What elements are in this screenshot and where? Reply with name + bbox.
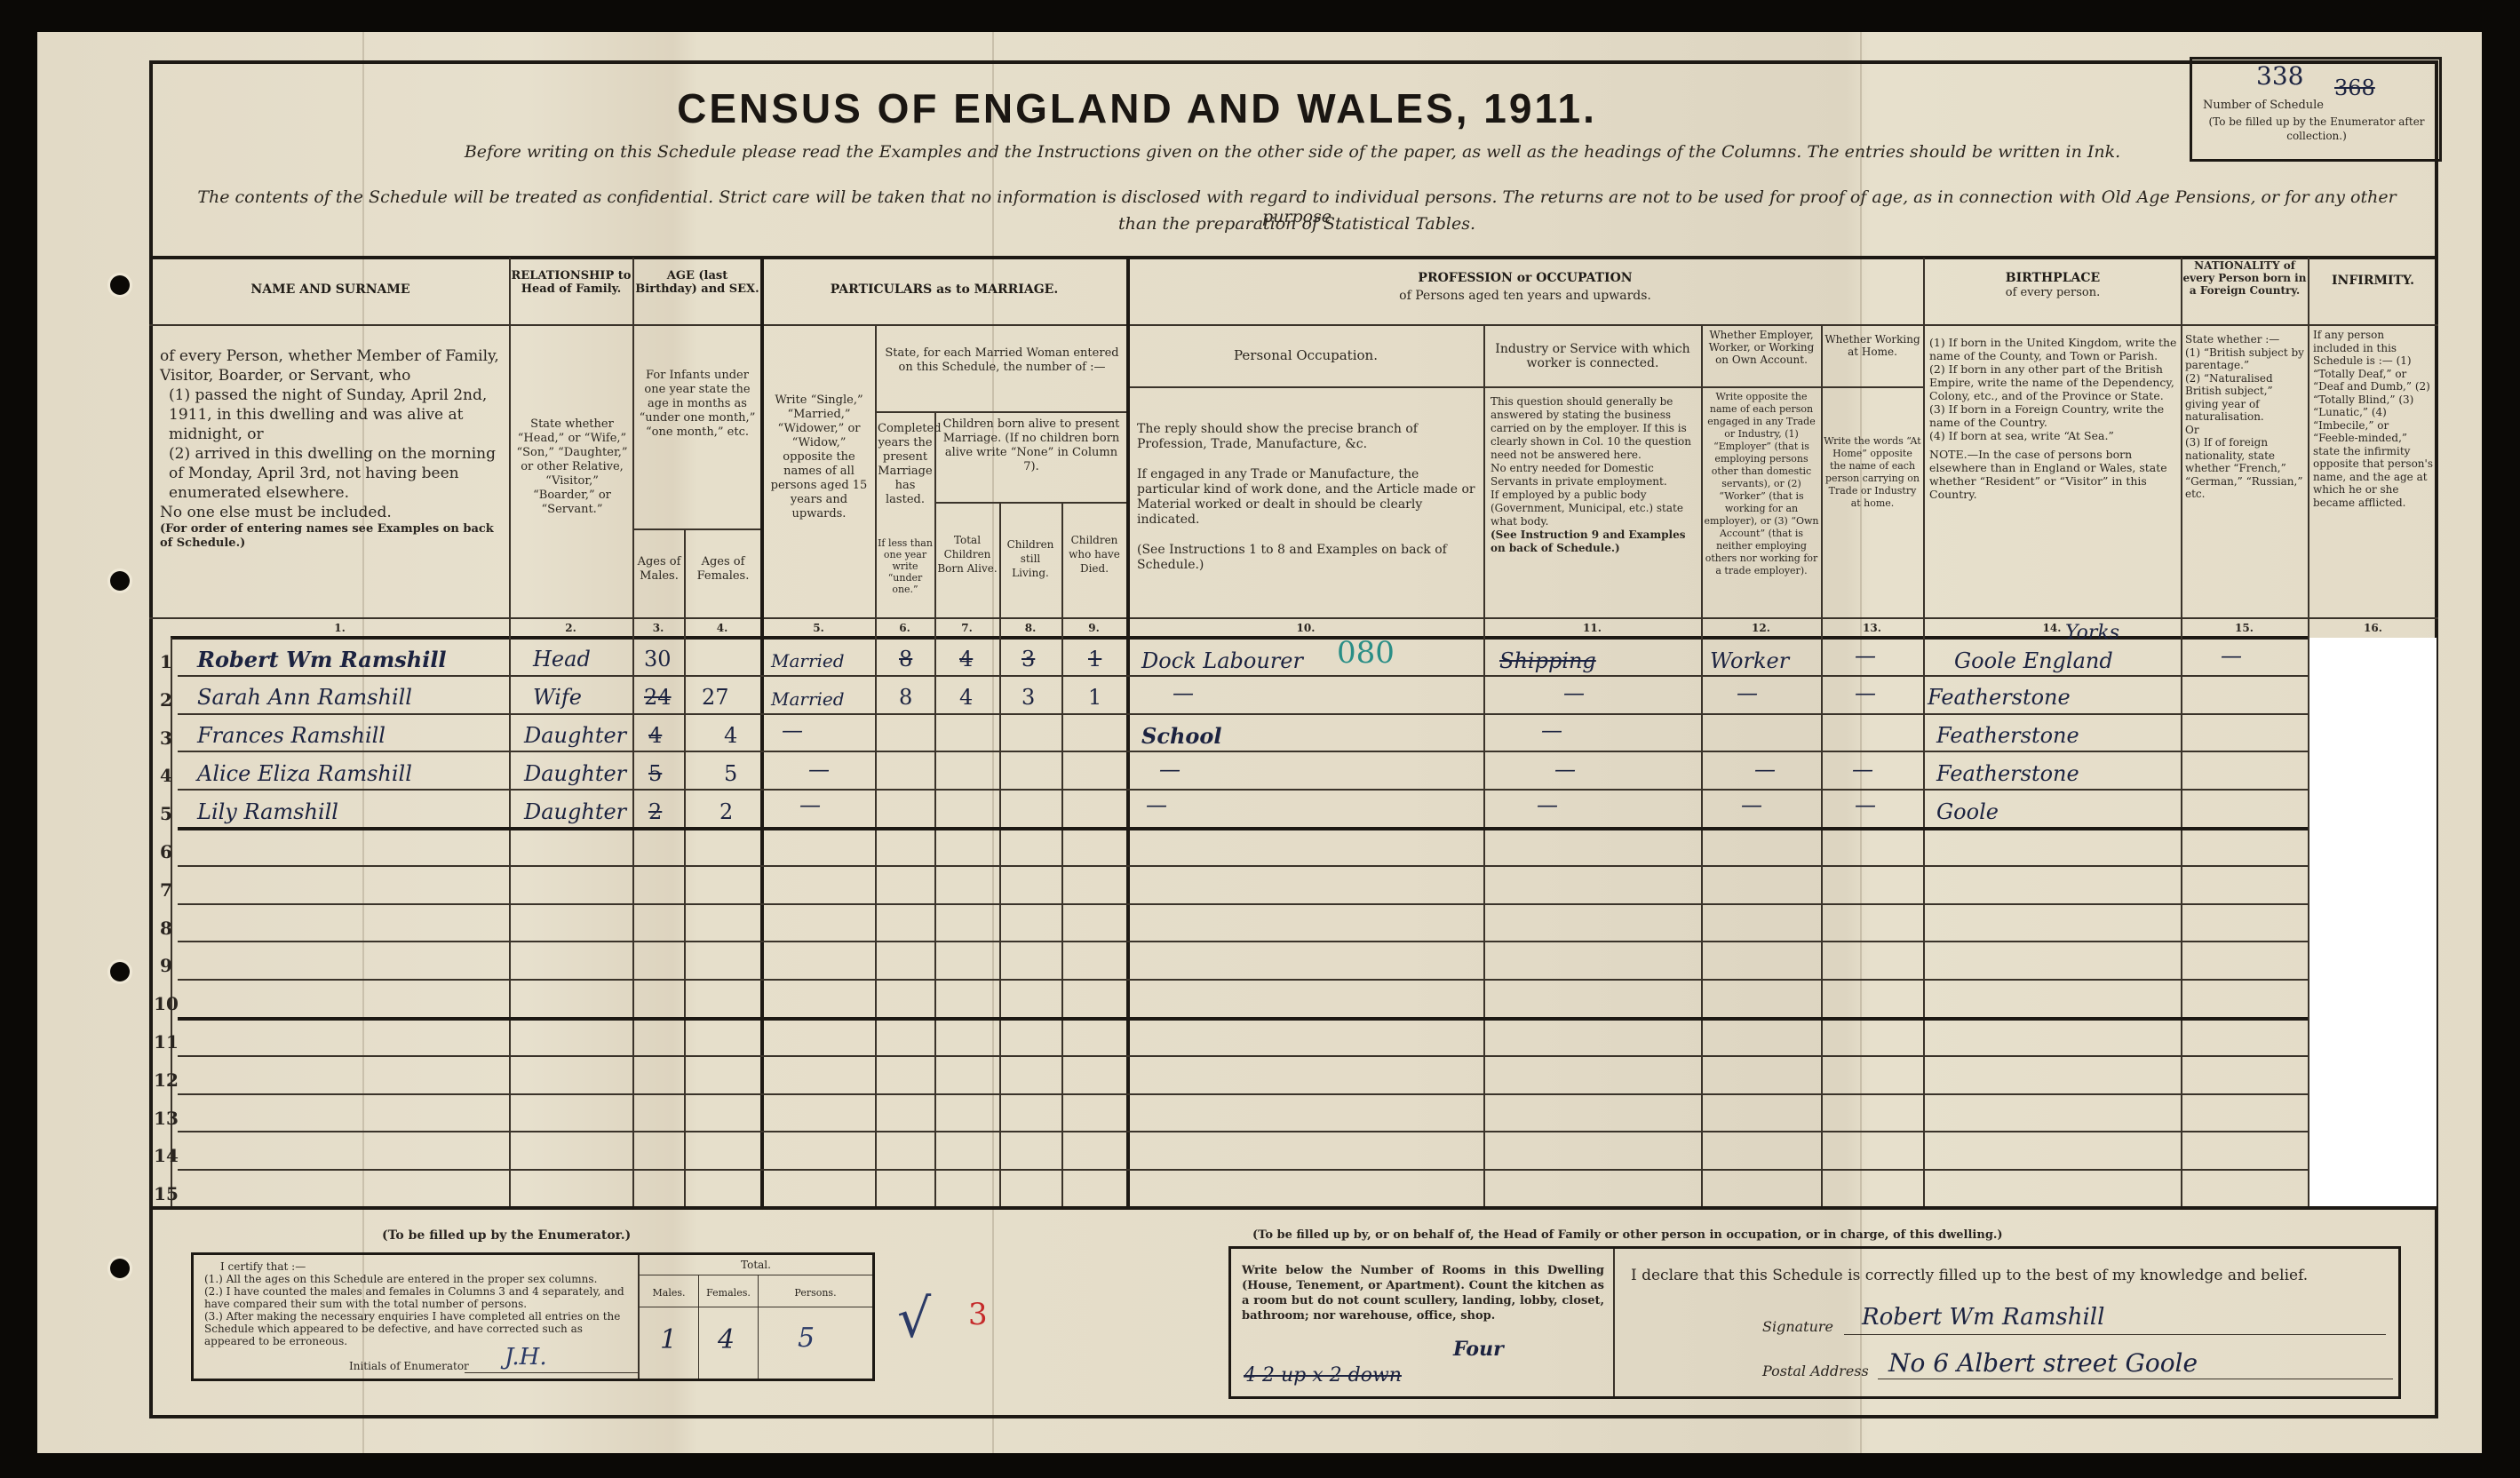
schedule-number-box: 338 368 Number of Schedule (To be filled… — [2190, 57, 2442, 162]
col-divider — [2181, 258, 2182, 1206]
column-number: 10. — [1128, 622, 1483, 634]
header-married-woman: State, for each Married Woman entered on… — [879, 346, 1125, 375]
col-divider — [1061, 502, 1063, 1206]
certify-point: (3.) After making the necessary enquirie… — [204, 1310, 631, 1347]
header-age: AGE (last Birthday) and SEX. — [634, 269, 760, 296]
person-name: Alice Eliza Ramshill — [197, 761, 412, 786]
marital-condition: Married — [771, 688, 845, 710]
row-number: 13 — [151, 1108, 181, 1129]
schedule-frame — [149, 60, 2438, 1418]
certify-line: I certify that :— — [204, 1260, 631, 1273]
header-total-born: Total Children Born Alive. — [936, 533, 998, 576]
name-instr-line: (For order of entering names see Example… — [160, 522, 502, 551]
occupation: — — [1146, 792, 1167, 817]
years-married: 8 — [899, 685, 912, 710]
occ-instr-line: If engaged in any Trade or Manufacture, … — [1137, 467, 1479, 528]
col-divider — [934, 411, 936, 1206]
relationship: Daughter — [524, 799, 626, 824]
header-employer-instr: Write opposite the name of each person e… — [1704, 391, 1819, 577]
row-number: 15 — [151, 1183, 181, 1204]
header-died: Children who have Died. — [1063, 533, 1125, 576]
females-label: Females. — [699, 1287, 758, 1299]
enumerator-certificate-box: I certify that :— (1.) All the ages on t… — [191, 1252, 875, 1381]
confidential-notice-cont: than the preparation of Statistical Tabl… — [178, 214, 2416, 234]
box-divider — [638, 1255, 640, 1379]
declaration-box: Write below the Number of Rooms in this … — [1228, 1246, 2401, 1399]
row-number: 9 — [151, 955, 181, 976]
age-female: 5 — [724, 761, 737, 786]
nationality-instr-line: (3) If of foreign nationality, state whe… — [2185, 436, 2306, 501]
industry-instr-line: No entry needed for Domestic Servants in… — [1491, 462, 1697, 489]
declaration-text: I declare that this Schedule is correctl… — [1631, 1267, 2308, 1284]
row-rule — [178, 903, 2308, 905]
nationality-instr-line: (2) “Naturalised British subject,” givin… — [2185, 372, 2306, 424]
industry: — — [1537, 792, 1558, 817]
age-male: 24 — [644, 685, 672, 710]
person-name: Frances Ramshill — [197, 723, 386, 748]
birthplace-instr-line: NOTE.—In the case of persons born elsewh… — [1929, 448, 2178, 501]
age-male: 30 — [644, 647, 672, 671]
header-age-instr: For Infants under one year state the age… — [636, 369, 759, 440]
row-number: 7 — [151, 879, 181, 901]
row-number: 2 — [151, 689, 181, 711]
header-name-instructions: of every Person, whether Member of Famil… — [160, 346, 502, 551]
occupation: Dock Labourer — [1141, 648, 1303, 673]
person-name: Sarah Ann Ramshill — [197, 685, 412, 710]
certificate-text: I certify that :— (1.) All the ages on t… — [204, 1260, 631, 1347]
marital-condition: — — [799, 792, 821, 817]
schedule-number-struck: 368 — [2334, 75, 2375, 100]
occ-instr-line: The reply should show the precise branch… — [1137, 422, 1479, 452]
col-divider — [632, 258, 634, 1206]
relationship: Wife — [533, 685, 582, 710]
persons-label: Persons. — [759, 1287, 872, 1299]
column-number: 5. — [762, 622, 875, 634]
header-children: Children born alive to present Marriage.… — [938, 417, 1125, 474]
box-divider — [640, 1307, 872, 1307]
industry: — — [1563, 680, 1585, 705]
initials-label: Initials of Enumerator — [349, 1360, 469, 1372]
children-died: 1 — [1088, 647, 1101, 671]
header-nationality: NATIONALITY of every Person born in a Fo… — [2182, 259, 2307, 297]
header-industry-instr: This question should generally be answer… — [1491, 395, 1697, 555]
header-age-females: Ages of Females. — [686, 555, 760, 584]
children-living: 3 — [1022, 647, 1035, 671]
punch-hole — [110, 275, 130, 295]
address-label: Postal Address — [1762, 1363, 1869, 1379]
age-female: 4 — [724, 723, 737, 748]
header-relationship-instr: State whether “Head,” or “Wife,” “Son,” … — [515, 417, 629, 517]
column-number: 11. — [1483, 622, 1701, 634]
children-living: 3 — [1022, 685, 1035, 710]
rooms-count: Four — [1453, 1338, 1504, 1361]
children-born: 4 — [959, 647, 973, 671]
children-born: 4 — [959, 685, 973, 710]
header-relationship: RELATIONSHIP to Head of Family. — [511, 269, 632, 296]
person-name: Robert Wm Ramshill — [197, 647, 447, 672]
punch-hole — [110, 962, 130, 981]
row-number: 1 — [151, 651, 181, 672]
header-bottom-rule — [149, 617, 2438, 619]
col-divider — [1701, 324, 1703, 1206]
header-occupation-sub: of Persons aged ten years and upwards. — [1130, 289, 1920, 303]
column-number: 15. — [2181, 622, 2308, 634]
column-number: 1. — [171, 622, 509, 634]
certify-point: (2.) I have counted the males and female… — [204, 1285, 631, 1310]
industry: Shipping — [1499, 648, 1596, 673]
row-number: 4 — [151, 765, 181, 786]
column-number: 7. — [934, 622, 999, 634]
age-subdivider — [632, 528, 762, 530]
row-rule — [178, 789, 2308, 791]
column-number: 2. — [509, 622, 632, 634]
head-section-heading: (To be filled up by, or on behalf of, th… — [1252, 1228, 2003, 1242]
total-label: Total. — [640, 1259, 872, 1271]
row-number: 8 — [151, 918, 181, 939]
birthplace-instr-line: (4) If born at sea, write “At Sea.” — [1929, 429, 2178, 442]
working-at-home: — — [1855, 680, 1876, 705]
column-number: 13. — [1821, 622, 1923, 634]
relationship: Daughter — [524, 723, 626, 748]
row-number: 10 — [151, 993, 181, 1014]
header-birthplace-instr: (1) If born in the United Kingdom, write… — [1929, 336, 2178, 501]
name-instr-line: (2) arrived in this dwelling on the morn… — [160, 444, 502, 503]
birthplace: Featherstone — [1936, 761, 2079, 786]
birthplace: Featherstone — [1936, 723, 2079, 748]
red-mark: 3 — [968, 1297, 988, 1332]
industry: — — [1554, 757, 1576, 782]
birthplace-instr-line: (2) If born in any other part of the Bri… — [1929, 362, 2178, 402]
children-subdivider — [934, 502, 1128, 504]
header-infirmity: INFIRMITY. — [2309, 274, 2437, 288]
column-number: 8. — [999, 622, 1061, 634]
birthplace-instr-line: (1) If born in the United Kingdom, write… — [1929, 336, 2178, 362]
children-died: 1 — [1088, 685, 1101, 710]
nationality-instr-line: Or — [2185, 424, 2306, 437]
col-divider — [999, 502, 1001, 1206]
col-divider — [1126, 258, 1130, 1206]
row-rule — [178, 1017, 2308, 1021]
redacted-infirmity-column — [2309, 638, 2437, 1206]
age-male: 5 — [648, 761, 662, 786]
header-birthplace-sub: of every person. — [1925, 286, 2181, 300]
table-top-rule — [149, 256, 2438, 259]
header-industry: Industry or Service with which worker is… — [1487, 342, 1698, 370]
name-instr-line: of every Person, whether Member of Famil… — [160, 346, 502, 385]
schedule-number: 338 — [2256, 61, 2303, 91]
col-divider — [875, 324, 877, 1206]
schedule-number-label: Number of Schedule — [2203, 99, 2324, 113]
header-marriage: PARTICULARS as to MARRIAGE. — [762, 282, 1126, 297]
occupation-subdivider — [1128, 386, 1923, 388]
working-at-home: — — [1855, 643, 1876, 668]
row-number: 11 — [151, 1031, 181, 1053]
enumerator-initials: J.H. — [505, 1344, 547, 1371]
rooms-struck: 4 2 up x 2 down — [1244, 1364, 1402, 1387]
certify-point: (1.) All the ages on this Schedule are e… — [204, 1273, 631, 1285]
column-number: 4. — [684, 622, 760, 634]
column-number: 14. — [1923, 622, 2181, 634]
birthplace-county: Yorks — [2065, 622, 2119, 644]
header-years-married: Completed years the present Marriage has… — [878, 422, 933, 507]
occupation: — — [1159, 757, 1181, 782]
header-nationality-instr: State whether :— (1) “British subject by… — [2185, 333, 2306, 501]
birthplace-instr-line: (3) If born in a Foreign Country, write … — [1929, 402, 2178, 429]
age-male: 2 — [648, 799, 662, 824]
males-label: Males. — [640, 1287, 698, 1299]
row-number: 3 — [151, 727, 181, 749]
address-line — [1878, 1379, 2393, 1379]
nationality-instr-line: State whether :— — [2185, 333, 2306, 346]
header-birthplace: BIRTHPLACE — [1925, 271, 2181, 285]
schedule-number-note: (To be filled up by the Enumerator after… — [2198, 115, 2436, 143]
initials-underline — [465, 1372, 638, 1373]
marital-condition: — — [808, 757, 830, 782]
industry-instr-line: (See Instruction 9 and Examples on back … — [1491, 528, 1697, 555]
marital-condition: — — [782, 718, 803, 743]
industry-instr-line: This question should generally be answer… — [1491, 395, 1697, 462]
column-number: 3. — [632, 622, 684, 634]
working-at-home: — — [1852, 757, 1873, 782]
header-name: NAME AND SURNAME — [153, 282, 508, 297]
row-rule — [178, 865, 2308, 867]
row-number: 12 — [151, 1069, 181, 1091]
page-title: CENSUS OF ENGLAND AND WALES, 1911. — [533, 84, 1741, 132]
col-divider — [1923, 258, 1925, 1206]
column-number: 9. — [1061, 622, 1126, 634]
occ-instr-line: (See Instructions 1 to 8 and Examples on… — [1137, 543, 1479, 573]
column-number: 12. — [1701, 622, 1821, 634]
total-persons: 5 — [798, 1323, 815, 1354]
occupation: — — [1173, 680, 1194, 705]
rooms-instructions: Write below the Number of Rooms in this … — [1242, 1263, 1604, 1323]
col-divider — [509, 258, 511, 1206]
age-male: 4 — [648, 723, 662, 748]
signature-line — [1844, 1334, 2386, 1335]
header-home: Whether Working at Home. — [1824, 333, 1921, 358]
marriage-subdivider — [875, 411, 1128, 413]
relationship: Head — [533, 647, 591, 671]
nationality: — — [2221, 643, 2242, 668]
birthplace: Goole England — [1954, 648, 2113, 673]
header-home-instr: Write the words “At Home” opposite the n… — [1824, 435, 1921, 510]
employer-status: — — [1737, 680, 1758, 705]
years-married: 8 — [899, 647, 912, 671]
header-employer: Whether Employer, Worker, or Working on … — [1704, 329, 1819, 366]
row-number: 6 — [151, 841, 181, 862]
column-number: 6. — [875, 622, 934, 634]
postal-address: No 6 Albert street Goole — [1888, 1348, 2198, 1378]
punch-hole — [110, 1259, 130, 1278]
occupation-code: 080 — [1337, 635, 1395, 671]
colnum-rule — [171, 636, 2309, 640]
header-occupation: PROFESSION or OCCUPATION — [1130, 271, 1920, 285]
row-number: 5 — [151, 803, 181, 824]
age-female: 27 — [702, 685, 729, 710]
marital-condition: Married — [771, 650, 845, 671]
rooms-box: Write below the Number of Rooms in this … — [1231, 1249, 1615, 1396]
header-still-living: Children still Living. — [1001, 537, 1060, 580]
industry-instr-line: If employed by a public body (Government… — [1491, 489, 1697, 528]
row-rule — [178, 713, 2308, 715]
name-instr-line: No one else must be included. — [160, 503, 502, 522]
employer-status: — — [1754, 757, 1776, 782]
enumerator-heading: (To be filled up by the Enumerator.) — [382, 1228, 631, 1243]
row-rule — [178, 941, 2308, 942]
col-divider — [1483, 324, 1485, 1206]
total-females: 4 — [718, 1324, 735, 1355]
signature: Robert Wm Ramshill — [1862, 1304, 2104, 1331]
row-rule — [178, 1131, 2308, 1132]
nationality-instr-line: (1) “British subject by parentage.” — [2185, 346, 2306, 372]
birthplace: Featherstone — [1928, 685, 2071, 710]
ink-instruction: Before writing on this Schedule please r… — [462, 142, 2123, 162]
header-years-note: If less than one year write “under one.” — [878, 537, 933, 595]
header-personal-occupation: Personal Occupation. — [1130, 348, 1482, 362]
check-mark: √ — [897, 1288, 931, 1350]
header-age-males: Ages of Males. — [634, 555, 684, 584]
punch-hole — [110, 571, 130, 591]
person-name: Lily Ramshill — [197, 799, 338, 824]
row-rule — [178, 1093, 2308, 1095]
occupation: School — [1141, 723, 1222, 749]
header-personal-occupation-instr: The reply should show the precise branch… — [1137, 422, 1479, 573]
col-divider — [760, 258, 764, 1206]
row-number: 14 — [151, 1145, 181, 1166]
header-marriage-condition: Write “Single,” “Married,” “Widower,” or… — [766, 393, 872, 521]
column-number: 16. — [2308, 622, 2438, 634]
signature-label: Signature — [1762, 1318, 1833, 1335]
header-divider — [149, 324, 2438, 326]
row-rule — [178, 827, 2308, 830]
header-infirmity-instr: If any person included in this Schedule … — [2313, 329, 2434, 509]
birthplace: Goole — [1936, 799, 1999, 824]
employer-status: — — [1741, 792, 1762, 817]
employer-status: Worker — [1710, 648, 1789, 673]
relationship: Daughter — [524, 761, 626, 786]
table-bottom-rule — [149, 1206, 2438, 1210]
box-divider — [640, 1275, 872, 1275]
name-instr-line: (1) passed the night of Sunday, April 2n… — [160, 385, 502, 444]
row-rule — [178, 1055, 2308, 1057]
col-divider — [1821, 324, 1823, 1206]
row-rule — [178, 979, 2308, 981]
total-males: 1 — [660, 1324, 677, 1355]
working-at-home: — — [1855, 792, 1876, 817]
row-rule — [178, 751, 2308, 752]
age-female: 2 — [719, 799, 733, 824]
industry: — — [1541, 718, 1562, 743]
row-rule — [178, 1169, 2308, 1171]
row-rule — [178, 675, 2308, 677]
